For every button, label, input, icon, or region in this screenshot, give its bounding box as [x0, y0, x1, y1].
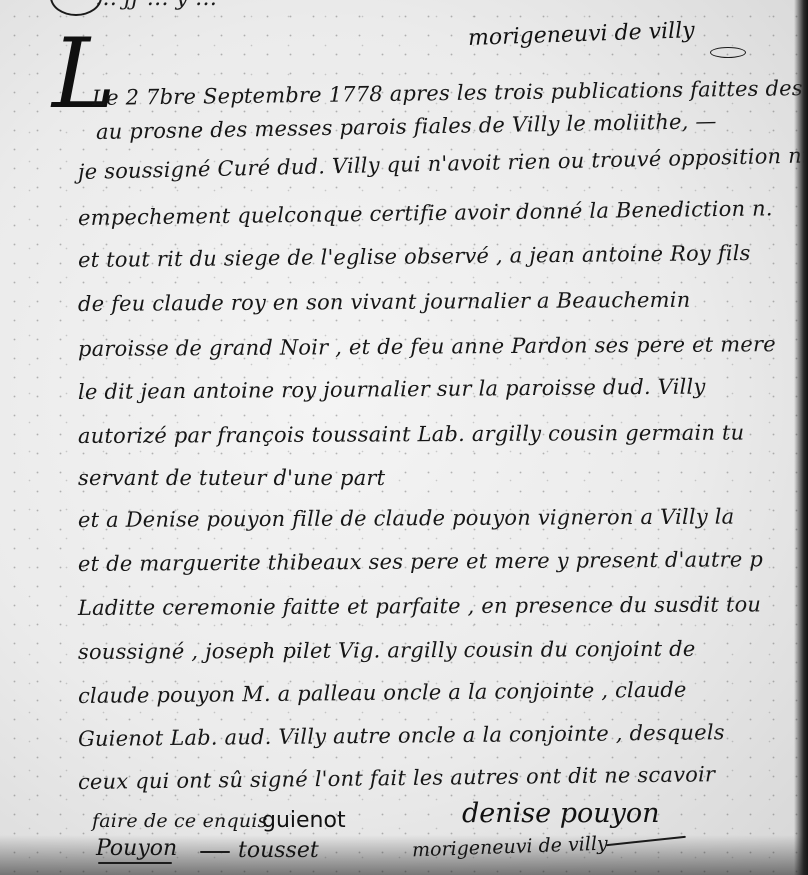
previous-entry-flourish	[50, 0, 102, 16]
record-line-12: et de marguerite thibeaux ses pere et me…	[78, 547, 763, 576]
record-line-10: servant de tuteur d'une part	[78, 466, 385, 490]
page-binding-edge	[794, 0, 808, 875]
record-line-7: paroisse de grand Noir , et de feu anne …	[78, 332, 776, 361]
record-line-13: Laditte ceremonie faitte et parfaite , e…	[78, 592, 761, 620]
record-line-15: claude pouyon M. a palleau oncle a la co…	[78, 678, 687, 708]
record-line-14: soussigné , joseph pilet Vig. argilly co…	[78, 637, 696, 664]
record-line-5: et tout rit du siege de l'eglise observé…	[78, 241, 751, 272]
record-line-3: je soussigné Curé dud. Villy qui n'avoit…	[78, 143, 808, 184]
record-line-8: le dit jean antoine roy journalier sur l…	[78, 375, 706, 404]
signature-guienot: guienot	[262, 808, 346, 833]
record-line-16: Guienot Lab. aud. Villy autre oncle a la…	[78, 720, 725, 751]
record-line-11: et a Denise pouyon fille de claude pouyo…	[78, 505, 734, 532]
record-line-4: empechement quelconque certifie avoir do…	[78, 196, 773, 230]
record-line-2: au prosne des messes parois fiales de Vi…	[96, 109, 717, 144]
record-line-6: de feu claude roy en son vivant journali…	[78, 288, 691, 316]
signature-denise-pouyon: denise pouyon	[462, 798, 660, 829]
signature-paraph	[710, 47, 746, 58]
record-line-17: ceux qui ont sû signé l'ont fait les aut…	[78, 762, 715, 794]
previous-entry-fragment: … ƒƒ … y …	[95, 0, 217, 11]
previous-entry-signature: morigeneuvi de villy	[468, 18, 695, 51]
scan-bottom-shadow	[0, 835, 808, 875]
scanned-register-page: … ƒƒ … y … morigeneuvi de villy L Le 2 7…	[0, 0, 808, 875]
record-line-1: Le 2 7bre Septembre 1778 apres les trois…	[92, 75, 808, 110]
record-line-18: faire de ce enquis	[92, 810, 267, 832]
record-line-9: autorizé par françois toussaint Lab. arg…	[78, 421, 745, 448]
